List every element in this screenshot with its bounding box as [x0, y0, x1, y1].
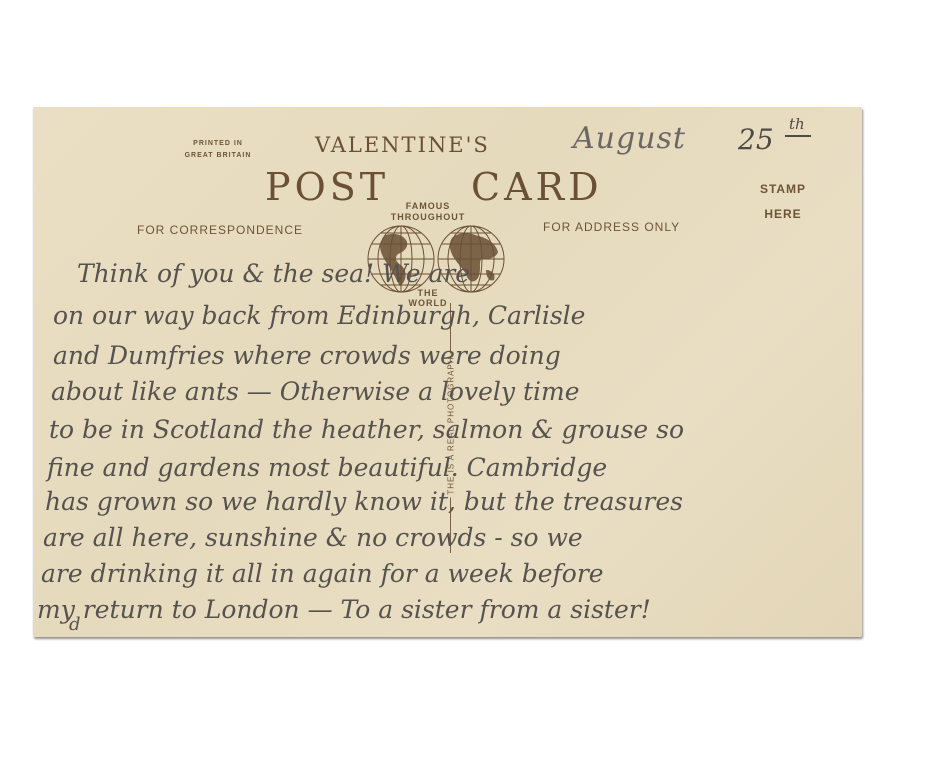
card-heading: CARD — [471, 165, 603, 209]
message-line: and Dumfries where crowds were doing — [53, 341, 561, 370]
message-line: on our way back from Edinburgh, Carlisle — [53, 301, 585, 330]
message-line: are all here, sunshine & no crowds - so … — [43, 523, 583, 552]
message-line: to be in Scotland the heather, salmon & … — [49, 415, 684, 444]
the-text: THE — [403, 288, 453, 298]
date-suffix: th — [785, 115, 811, 137]
printed-in-text: PRINTED IN — [173, 138, 263, 150]
throughout-text: THROUGHOUT — [373, 212, 483, 223]
famous-text: FAMOUS — [373, 201, 483, 212]
famous-throughout-label: FAMOUS THROUGHOUT — [373, 201, 483, 223]
message-line: are drinking it all in again for a week … — [41, 559, 604, 588]
here-text: HERE — [748, 202, 818, 227]
message-line: fine and gardens most beautiful. Cambrid… — [47, 453, 607, 482]
printed-in-label: PRINTED IN GREAT BRITAIN — [173, 138, 263, 162]
date-day: 25 — [738, 123, 774, 156]
stamp-text: STAMP — [748, 177, 818, 202]
postcard-back: PRINTED IN GREAT BRITAIN VALENTINE'S POS… — [33, 107, 862, 637]
stamp-box-label: STAMP HERE — [748, 177, 818, 227]
message-line: has grown so we hardly know it, but the … — [45, 487, 683, 516]
message-line: Think of you & the sea! We are — [77, 259, 470, 288]
message-line: about like ants — Otherwise a lovely tim… — [51, 377, 580, 406]
great-britain-text: GREAT BRITAIN — [173, 150, 263, 162]
publisher-name: VALENTINE'S — [315, 133, 490, 157]
for-address-only-label: FOR ADDRESS ONLY — [543, 220, 680, 234]
post-heading: POST — [265, 165, 389, 209]
message-line: my return to London — To a sister from a… — [37, 595, 651, 624]
date-month: August — [573, 121, 686, 156]
margin-mark: d — [69, 614, 81, 635]
for-correspondence-label: FOR CORRESPONDENCE — [137, 223, 303, 237]
